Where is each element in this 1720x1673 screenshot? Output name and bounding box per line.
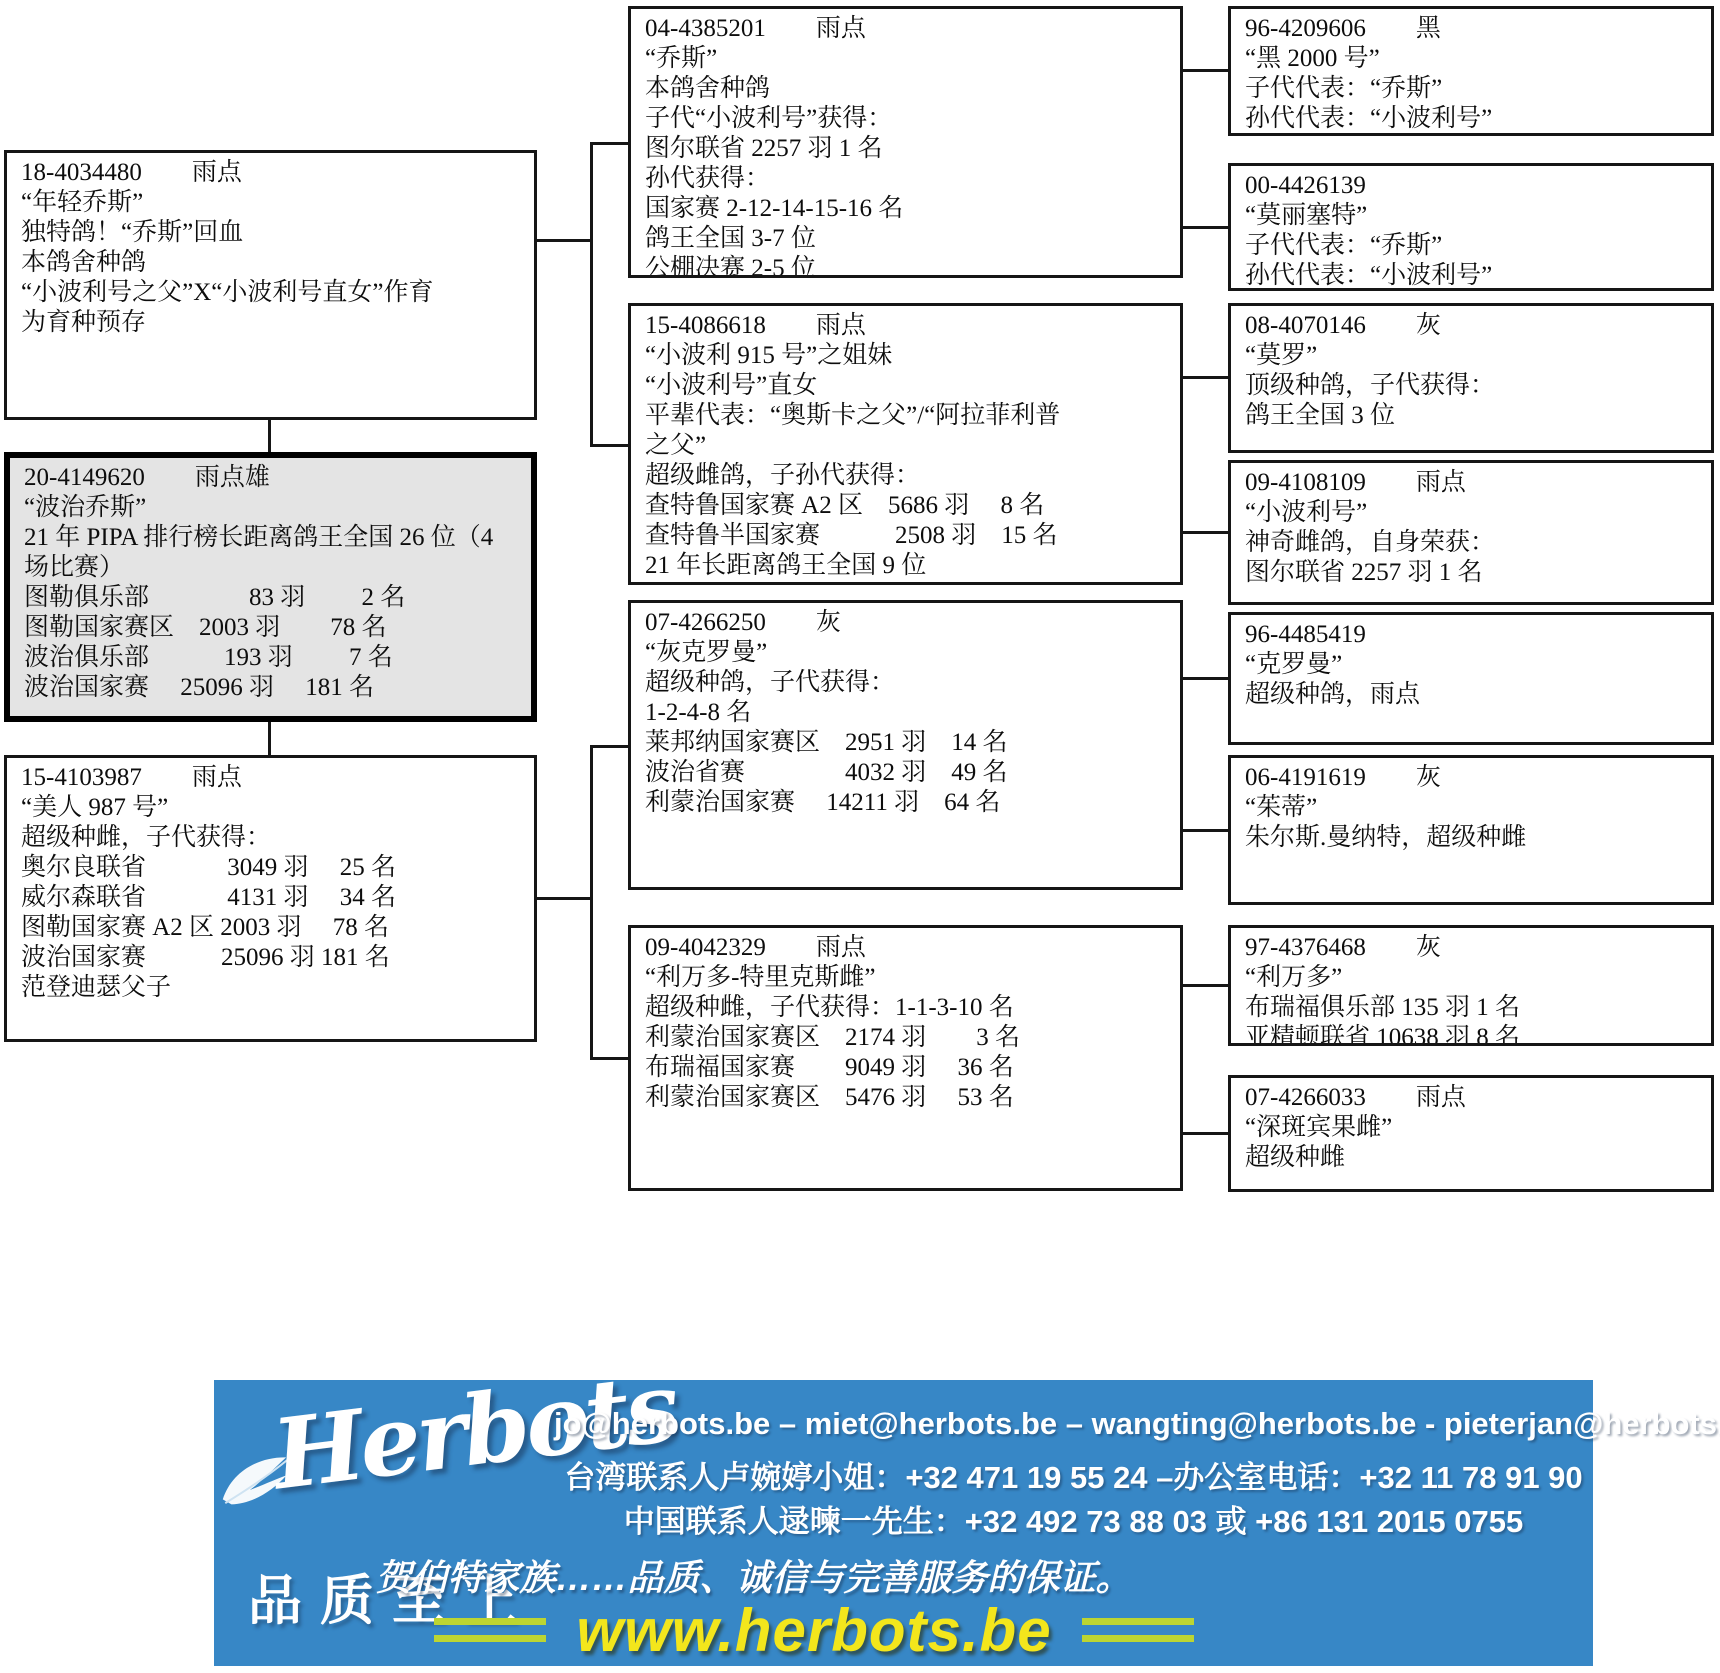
pedigree-text-line: 07-4266250 灰 <box>645 608 1172 638</box>
pedigree-text-line: 超级种雌，子代获得：1-1-3-10 名 <box>645 993 1172 1023</box>
pedigree-text-line: 20-4149620 雨点雄 <box>24 463 523 493</box>
pedigree-text-line: 子代代表：“乔斯” <box>1245 74 1703 104</box>
herbots-logo: Herbots <box>216 1366 578 1567</box>
pedigree-box-07-4266250: 07-4266250 灰“灰克罗曼”超级种鸽，子代获得：1-2-4-8 名莱邦纳… <box>628 600 1183 890</box>
pedigree-box-09-4108109: 09-4108109 雨点“小波利号”神奇雌鸽，自身荣获：图尔联省 2257 羽… <box>1228 460 1714 605</box>
pedigree-text-line: 神奇雌鸽，自身荣获： <box>1245 528 1703 558</box>
pedigree-text-line: 08-4070146 灰 <box>1245 311 1703 341</box>
pedigree-chart: 18-4034480 雨点“年轻乔斯”独特鸽！“乔斯”回血本鸽舍种鸽“小波利号之… <box>0 0 1720 1673</box>
pedigree-text-line: 图勒俱乐部 83 羽 2 名 <box>24 583 523 613</box>
pedigree-text-line: 平辈代表：“奥斯卡之父”/“阿拉菲利普 <box>645 401 1172 431</box>
pedigree-text-line: 04-4385201 雨点 <box>645 14 1172 44</box>
pedigree-text-line: 利蒙治国家赛区 5476 羽 53 名 <box>645 1083 1172 1113</box>
pedigree-box-08-4070146: 08-4070146 灰“莫罗”顶级种鸽，子代获得：鸽王全国 3 位 <box>1228 303 1714 453</box>
pedigree-text-line: 莱邦纳国家赛区 2951 羽 14 名 <box>645 728 1172 758</box>
pedigree-text-line: 利蒙治国家赛区 2174 羽 3 名 <box>645 1023 1172 1053</box>
pedigree-text-line: 15-4086618 雨点 <box>645 311 1172 341</box>
connector-line <box>1183 829 1228 832</box>
pedigree-text-line: 21 年长距离鸽王全国 9 位 <box>645 551 1172 581</box>
pedigree-text-line: 本鸽舍种鸽 <box>21 248 526 278</box>
pedigree-text-line: 09-4042329 雨点 <box>645 933 1172 963</box>
pedigree-text-line: 波治省赛 4032 羽 49 名 <box>645 758 1172 788</box>
pedigree-text-line: “深斑宾果雌” <box>1245 1113 1703 1143</box>
connector-line <box>1183 69 1228 72</box>
pedigree-text-line: “年轻乔斯” <box>21 188 526 218</box>
pedigree-box-07-4266033: 07-4266033 雨点“深斑宾果雌”超级种雌 <box>1228 1075 1714 1192</box>
pedigree-box-96-4209606: 96-4209606 黑“黑 2000 号”子代代表：“乔斯”孙代代表：“小波利… <box>1228 6 1714 136</box>
decor-double-line-left <box>434 1618 546 1642</box>
connector-line <box>590 142 628 145</box>
connector-line <box>1183 226 1228 229</box>
pedigree-text-line: “茱蒂” <box>1245 793 1703 823</box>
banner-contact-taiwan: 台湾联系人卢婉婷小姐：+32 471 19 55 24 –办公室电话：+32 1… <box>554 1452 1593 1497</box>
pedigree-text-line: 布瑞福国家赛 9049 羽 36 名 <box>645 1053 1172 1083</box>
pedigree-text-line: 06-4191619 灰 <box>1245 763 1703 793</box>
pedigree-text-line: 96-4209606 黑 <box>1245 14 1703 44</box>
pedigree-text-line: 21 年 PIPA 排行榜长距离鸽王全国 26 位（4 <box>24 523 523 553</box>
banner-contact-china: 中国联系人逯暕一先生：+32 492 73 88 03 或 +86 131 20… <box>554 1496 1593 1541</box>
pedigree-box-06-4191619: 06-4191619 灰“茱蒂”朱尔斯.曼纳特，超级种雌 <box>1228 755 1714 905</box>
pedigree-text-line: 查特鲁半国家赛 2508 羽 15 名 <box>645 521 1172 551</box>
pedigree-text-line: 朱尔斯.曼纳特，超级种雌 <box>1245 823 1703 853</box>
pedigree-text-line: 公棚决赛 2-5 位 <box>645 254 1172 278</box>
pedigree-text-line: 超级种雌，子代获得： <box>21 823 526 853</box>
connector-line <box>1183 1132 1228 1135</box>
pedigree-text-line: “莫丽塞特” <box>1245 201 1703 231</box>
connector-line <box>590 142 593 447</box>
pedigree-text-line: “黑 2000 号” <box>1245 44 1703 74</box>
pedigree-text-line: 09-4108109 雨点 <box>1245 468 1703 498</box>
pedigree-text-line: 超级种雌 <box>1245 1143 1703 1173</box>
connector-line <box>1183 376 1228 379</box>
pedigree-text-line: “莫罗” <box>1245 341 1703 371</box>
connector-line <box>537 897 593 900</box>
pedigree-text-line: “小波利 915 号”之姐妹 <box>645 341 1172 371</box>
pedigree-box-09-4042329: 09-4042329 雨点“利万多-特里克斯雌”超级种雌，子代获得：1-1-3-… <box>628 925 1183 1191</box>
connector-line <box>1183 677 1228 680</box>
connector-line <box>590 1057 628 1060</box>
pedigree-text-line: 图勒国家赛 A2 区 2003 羽 78 名 <box>21 913 526 943</box>
pedigree-text-line: 鸽王全国 3-7 位 <box>645 224 1172 254</box>
pedigree-text-line: 96-4485419 <box>1245 620 1703 650</box>
pedigree-text-line: 亚精顿联省 10638 羽 8 名 <box>1245 1023 1703 1046</box>
pedigree-text-line: 利蒙治国家赛 14211 羽 64 名 <box>645 788 1172 818</box>
pedigree-text-line: 之父” <box>645 431 1172 461</box>
pedigree-box-15-4086618: 15-4086618 雨点“小波利 915 号”之姐妹“小波利号”直女平辈代表：… <box>628 303 1183 585</box>
pedigree-text-line: 奥尔良联省 3049 羽 25 名 <box>21 853 526 883</box>
pedigree-text-line: 威尔森联省 4131 羽 34 名 <box>21 883 526 913</box>
pedigree-text-line: 顶级种鸽，子代获得： <box>1245 371 1703 401</box>
pedigree-text-line: 子代“小波利号”获得： <box>645 104 1172 134</box>
connector-line <box>537 239 593 242</box>
pedigree-box-00-4426139: 00-4426139“莫丽塞特”子代代表：“乔斯”孙代代表：“小波利号” <box>1228 163 1714 291</box>
pedigree-text-line: 波治国家赛 25096 羽 181 名 <box>21 943 526 973</box>
pedigree-box-15-4103987: 15-4103987 雨点“美人 987 号”超级种雌，子代获得：奥尔良联省 3… <box>4 755 537 1042</box>
pedigree-text-line: 图尔联省 2257 羽 1 名 <box>645 134 1172 164</box>
banner-url: www.herbots.be <box>576 1596 1051 1665</box>
pedigree-text-line: 07-4266033 雨点 <box>1245 1083 1703 1113</box>
pedigree-text-line: 15-4103987 雨点 <box>21 763 526 793</box>
connector-line <box>1183 531 1228 534</box>
pedigree-text-line: 波治国家赛 25096 羽 181 名 <box>24 673 523 703</box>
pedigree-text-line: 超级雌鸽，子孙代获得： <box>645 461 1172 491</box>
pedigree-text-line: “波治乔斯” <box>24 493 523 523</box>
connector-line <box>590 745 628 748</box>
connector-line <box>268 722 271 755</box>
pedigree-text-line: “小波利号” <box>1245 498 1703 528</box>
pedigree-text-line: “利万多” <box>1245 963 1703 993</box>
pedigree-text-line: “利万多-特里克斯雌” <box>645 963 1172 993</box>
herbots-banner: Herbots 品质至上 jo@herbots.be – miet@herbot… <box>214 1380 1593 1666</box>
pedigree-text-line: 00-4426139 <box>1245 171 1703 201</box>
pedigree-box-04-4385201: 04-4385201 雨点“乔斯”本鸽舍种鸽子代“小波利号”获得：图尔联省 22… <box>628 6 1183 278</box>
pedigree-text-line: 超级种鸽，雨点 <box>1245 680 1703 710</box>
decor-double-line-right <box>1082 1618 1194 1642</box>
pedigree-text-line: 为育种预存 <box>21 308 526 338</box>
pedigree-text-line: 超级种鸽，子代获得： <box>645 668 1172 698</box>
pedigree-text-line: 布瑞福俱乐部 135 羽 1 名 <box>1245 993 1703 1023</box>
pedigree-text-line: “克罗曼” <box>1245 650 1703 680</box>
pedigree-text-line: 独特鸽！“乔斯”回血 <box>21 218 526 248</box>
pedigree-text-line: 查特鲁国家赛 A2 区 5686 羽 8 名 <box>645 491 1172 521</box>
pedigree-text-line: 波治俱乐部 193 羽 7 名 <box>24 643 523 673</box>
pedigree-text-line: “小波利号”直女 <box>645 371 1172 401</box>
banner-emails: jo@herbots.be – miet@herbots.be – wangti… <box>554 1406 1593 1442</box>
pedigree-box-20-4149620-subject: 20-4149620 雨点雄“波治乔斯”21 年 PIPA 排行榜长距离鸽王全国… <box>4 452 537 722</box>
pedigree-text-line: “小波利号之父”X“小波利号直女”作育 <box>21 278 526 308</box>
pedigree-box-96-4485419: 96-4485419“克罗曼”超级种鸽，雨点 <box>1228 612 1714 745</box>
connector-line <box>1183 984 1228 987</box>
banner-url-row: www.herbots.be <box>314 1598 1314 1662</box>
connector-line <box>590 444 628 447</box>
pedigree-text-line: 场比赛） <box>24 553 523 583</box>
pedigree-text-line: 18-4034480 雨点 <box>21 158 526 188</box>
pedigree-text-line: 国家赛 2-12-14-15-16 名 <box>645 194 1172 224</box>
pedigree-box-97-4376468: 97-4376468 灰“利万多”布瑞福俱乐部 135 羽 1 名亚精顿联省 1… <box>1228 925 1714 1046</box>
pedigree-text-line: “美人 987 号” <box>21 793 526 823</box>
pedigree-text-line: 1-2-4-8 名 <box>645 698 1172 728</box>
pedigree-text-line: 孙代获得： <box>645 164 1172 194</box>
pedigree-text-line: 孙代代表：“小波利号” <box>1245 104 1703 134</box>
pedigree-text-line: 范登迪瑟父子 <box>21 973 526 1003</box>
pedigree-text-line: 图尔联省 2257 羽 1 名 <box>1245 558 1703 588</box>
pedigree-text-line: 鸽王全国 3 位 <box>1245 401 1703 431</box>
pedigree-text-line: 图勒国家赛区 2003 羽 78 名 <box>24 613 523 643</box>
pedigree-text-line: “灰克罗曼” <box>645 638 1172 668</box>
pedigree-box-18-4034480: 18-4034480 雨点“年轻乔斯”独特鸽！“乔斯”回血本鸽舍种鸽“小波利号之… <box>4 150 537 420</box>
connector-line <box>268 420 271 452</box>
banner-tagline: 贺伯特家族……品质、诚信与完善服务的保证。 <box>254 1550 1253 1601</box>
pedigree-text-line: 孙代代表：“小波利号” <box>1245 261 1703 291</box>
pedigree-text-line: “乔斯” <box>645 44 1172 74</box>
pedigree-text-line: 本鸽舍种鸽 <box>645 74 1172 104</box>
pedigree-text-line: 子代代表：“乔斯” <box>1245 231 1703 261</box>
pedigree-text-line: 97-4376468 灰 <box>1245 933 1703 963</box>
connector-line <box>590 745 593 1060</box>
